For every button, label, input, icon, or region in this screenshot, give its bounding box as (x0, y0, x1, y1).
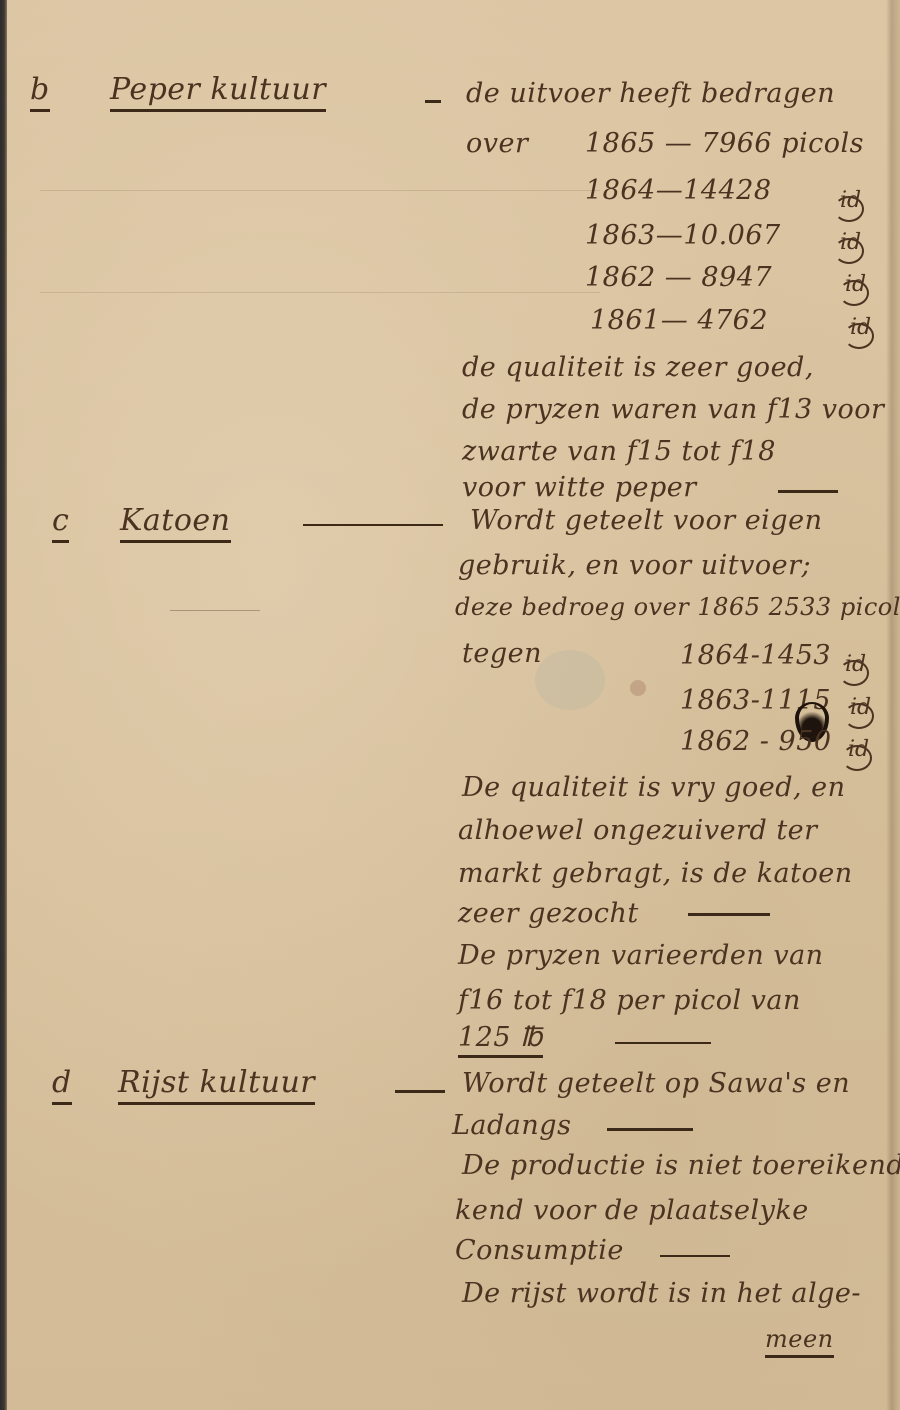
section-c-line: deze bedroeg over 1865 2533 picols (455, 593, 900, 621)
section-d-letter: d (52, 1065, 72, 1100)
figure-value: 14428 (683, 175, 771, 206)
section-c-note: alhoewel ongezuiverd ter (458, 815, 818, 846)
figure-row: 1864—14428 (585, 175, 772, 206)
section-b-line: over (466, 128, 528, 159)
figure-value: 7966 (701, 128, 772, 159)
section-c-note: f16 tot f18 per picol van (458, 985, 801, 1016)
figure-value: 10.067 (683, 220, 780, 251)
section-c-note: De pryzen varieerden van (458, 940, 824, 971)
ditto-mark: id (840, 230, 861, 255)
figure-row: 1865 — 7966 picols (585, 128, 864, 159)
section-b-note: voor witte peper (462, 472, 697, 503)
figure-value: 4762 (697, 305, 768, 336)
figure-row: 1864-1453 (680, 640, 831, 671)
section-b-note: de qualiteit is zeer goed, (462, 352, 814, 383)
ditto-mark: id (850, 695, 871, 720)
dash (778, 490, 838, 493)
section-d-note: De rijst wordt is in het alge- (462, 1278, 861, 1309)
dash (660, 1255, 730, 1257)
section-c-note: markt gebragt, is de katoen (458, 858, 853, 889)
section-c-title: Katoen (120, 503, 231, 538)
figure-year: 1865 (585, 128, 656, 159)
dash (688, 913, 770, 916)
faint-ruling (40, 190, 600, 191)
figure-year: 1864 (680, 640, 751, 671)
section-b-title: Peper kultuur (110, 72, 326, 107)
dash (607, 1128, 693, 1131)
section-c-line: tegen (462, 638, 542, 669)
ditto-mark: id (850, 315, 871, 340)
section-c-line: Wordt geteelt voor eigen (470, 505, 822, 536)
section-c-note: De qualiteit is vry goed, en (462, 772, 846, 803)
figure-value: 8947 (701, 262, 772, 293)
water-stain (535, 650, 605, 710)
figure-year: 1861 (590, 305, 661, 336)
section-d-note: Consumptie (455, 1235, 624, 1266)
figure-row: 1861— 4762 (590, 305, 768, 336)
figure-year: 1863 (585, 220, 656, 251)
figure-year: 1862 (585, 262, 656, 293)
section-d-note: meen (765, 1325, 834, 1353)
faint-ruling (40, 292, 600, 293)
figure-unit: picols (781, 128, 864, 159)
figure-value: 950 (779, 726, 832, 757)
section-b-letter: b (30, 72, 50, 107)
ditto-mark: id (845, 652, 866, 677)
section-c-line: gebruik, en voor uitvoer; (458, 550, 811, 581)
ditto-mark: id (848, 737, 869, 762)
figure-year: 1862 (680, 726, 751, 757)
dash (615, 1042, 711, 1044)
section-d-line: Wordt geteelt op Sawa's en (462, 1068, 850, 1099)
faint-ruling (170, 610, 260, 611)
foxing-spot (630, 680, 646, 696)
ditto-mark: id (845, 272, 866, 297)
section-c-letter: c (52, 503, 69, 538)
section-c-note: 125 ℔ (458, 1022, 543, 1053)
figure-year: 1864 (585, 175, 656, 206)
section-d-note: kend voor de plaatselyke (455, 1195, 809, 1226)
ditto-mark: id (840, 188, 861, 213)
dash (425, 100, 441, 103)
section-b-note: de pryzen waren van f13 voor (462, 394, 884, 425)
section-b-note: zwarte van f15 tot f18 (462, 436, 776, 467)
page-right-edge (886, 0, 900, 1410)
section-c-note: zeer gezocht (458, 898, 639, 929)
section-b-line: de uitvoer heeft bedragen (466, 78, 835, 109)
section-d-line: Ladangs (452, 1110, 571, 1141)
figure-year: 1863 (680, 685, 751, 716)
section-d-note: De productie is niet toereikend, (462, 1150, 900, 1181)
dash (395, 1090, 445, 1093)
figure-row: 1863—10.067 (585, 220, 781, 251)
dash (303, 524, 443, 526)
figure-value: 1453 (760, 640, 831, 671)
figure-row: 1862 — 8947 (585, 262, 772, 293)
section-d-title: Rijst kultuur (118, 1065, 315, 1100)
figure-row: 1862 - 950 (680, 726, 832, 757)
manuscript-page: b Peper kultuur de uitvoer heeft bedrage… (0, 0, 900, 1410)
page-binding-edge (0, 0, 7, 1410)
